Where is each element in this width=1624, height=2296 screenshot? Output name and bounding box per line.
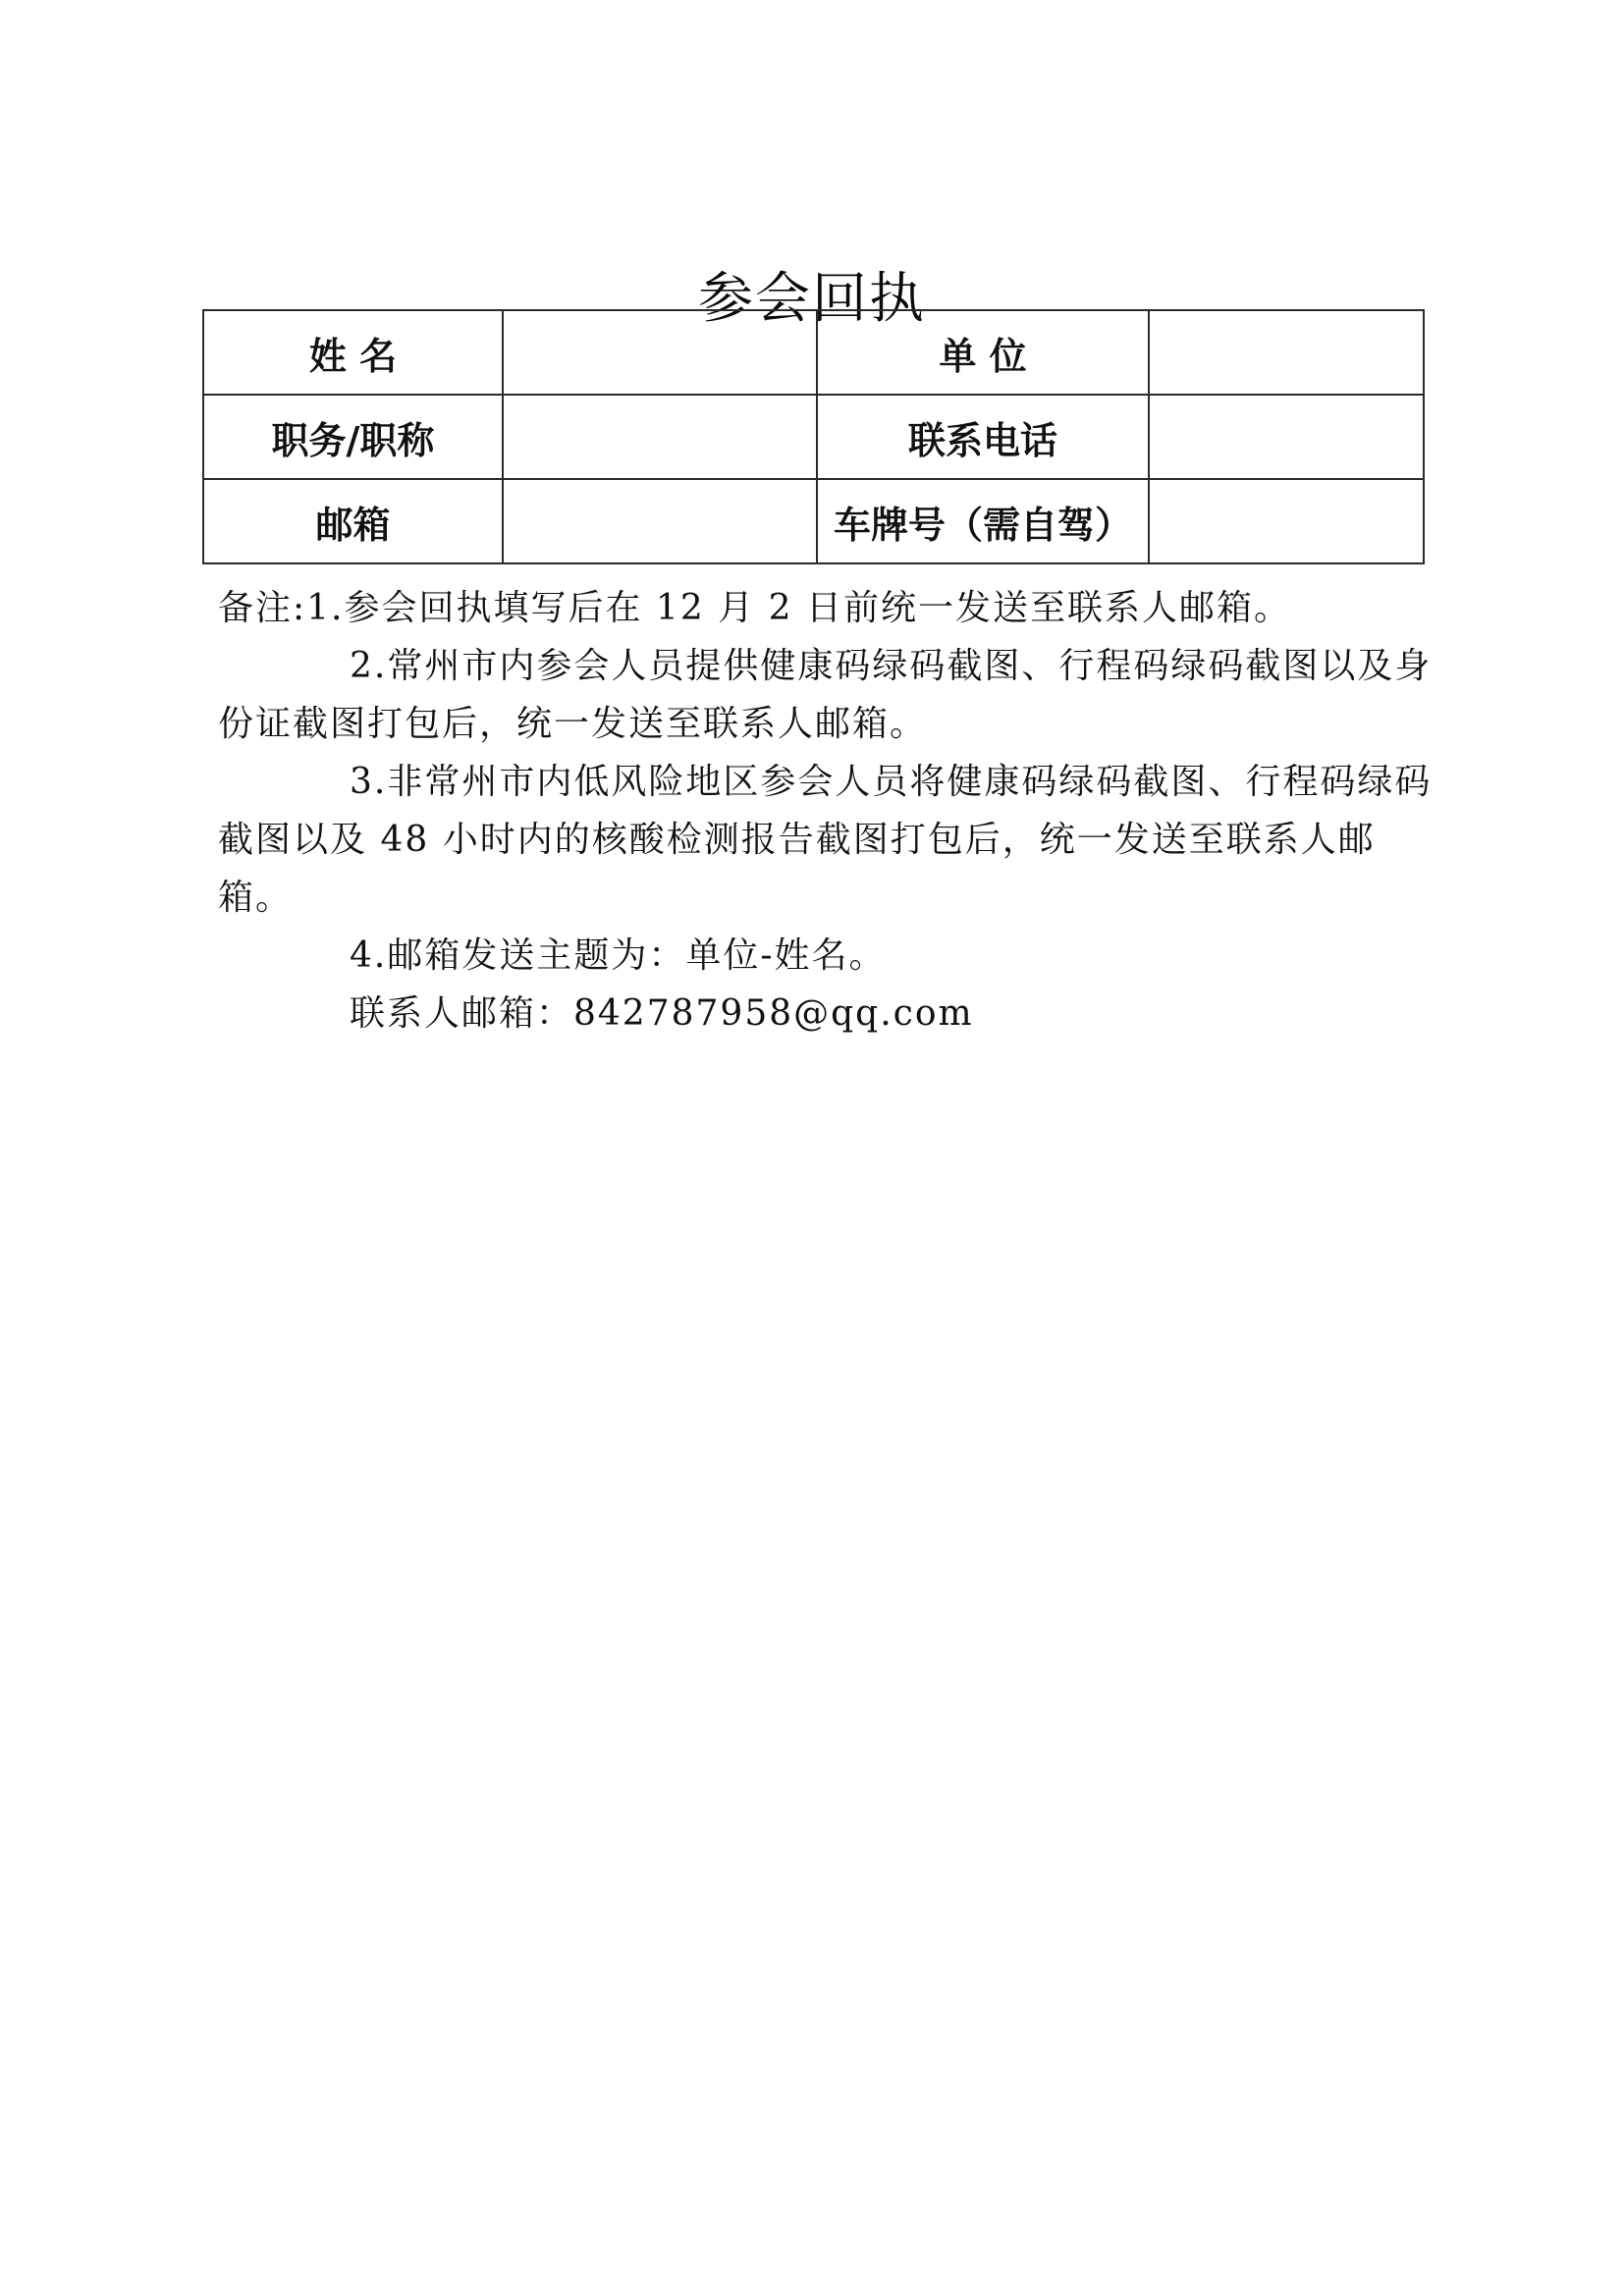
table-row: 姓 名 单 位 [203, 310, 1424, 395]
table-row: 职务/职称 联系电话 [203, 395, 1424, 479]
name-field[interactable] [503, 310, 817, 395]
table-row: 邮箱 车牌号（需自驾） [203, 479, 1424, 563]
email-label: 邮箱 [203, 479, 503, 563]
note-1: 备注:1.参会回执填写后在 12 月 2 日前统一发送至联系人邮箱。 [218, 579, 1435, 637]
notes-section: 备注:1.参会回执填写后在 12 月 2 日前统一发送至联系人邮箱。 2.常州市… [218, 579, 1435, 1042]
receipt-form-table: 姓 名 单 位 职务/职称 联系电话 邮箱 车牌号（需自驾） [202, 309, 1425, 564]
email-field[interactable] [503, 479, 817, 563]
license-plate-label: 车牌号（需自驾） [817, 479, 1149, 563]
name-label: 姓 名 [203, 310, 503, 395]
organization-field[interactable] [1149, 310, 1424, 395]
contact-email: 联系人邮箱：842787958@qq.com [218, 985, 1435, 1042]
position-title-field[interactable] [503, 395, 817, 479]
phone-label: 联系电话 [817, 395, 1149, 479]
phone-field[interactable] [1149, 395, 1424, 479]
position-title-label: 职务/职称 [203, 395, 503, 479]
note-3: 3.非常州市内低风险地区参会人员将健康码绿码截图、行程码绿码截图以及 48 小时… [218, 753, 1435, 927]
note-2: 2.常州市内参会人员提供健康码绿码截图、行程码绿码截图以及身份证截图打包后，统一… [218, 637, 1435, 753]
organization-label: 单 位 [817, 310, 1149, 395]
license-plate-field[interactable] [1149, 479, 1424, 563]
note-4: 4.邮箱发送主题为：单位-姓名。 [218, 927, 1435, 985]
